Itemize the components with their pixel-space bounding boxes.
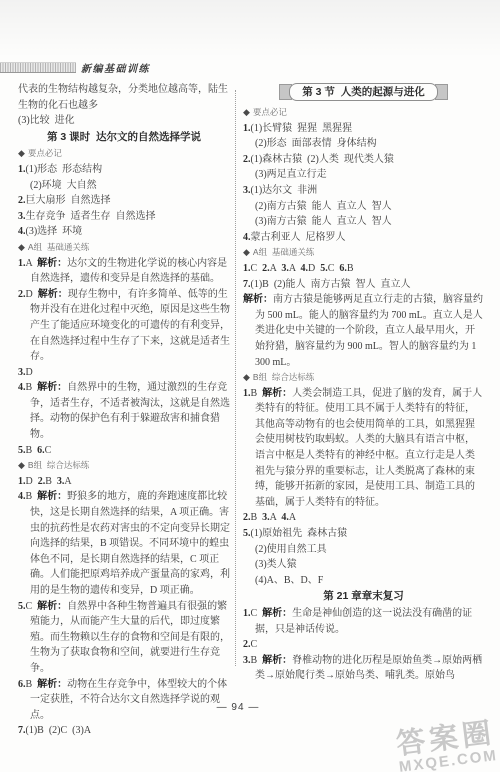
- text-segment: 蒙古利亚人 尼格罗人: [251, 232, 346, 243]
- text-segment: (1)形态 形态结构: [26, 164, 103, 175]
- text-segment: A: [64, 476, 71, 487]
- answer-line: (2)形态 面部表情 身体结构: [243, 136, 484, 152]
- text-segment: (3)两足直立行走: [255, 169, 327, 180]
- item-number: 5.: [18, 445, 26, 456]
- answer-line: 7.(1)B (2)C (3)A: [18, 723, 230, 739]
- text-segment: B: [45, 476, 57, 487]
- answer-line: 1.D 2.B 3.A: [18, 474, 230, 490]
- answer-line: 4.B 解析：自然界中的生物，通过激烈的生存竞争，适者生存，不适者被淘汰，这就是…: [18, 380, 230, 442]
- page-header: 新编基础训练: [0, 60, 150, 75]
- text-segment: (1)B (2)C (3)A: [26, 725, 92, 736]
- text-segment: (2)使用自然工具: [255, 544, 327, 555]
- chapter-review-heading: 第 21 章章末复习: [243, 589, 484, 605]
- item-number: 3.: [281, 263, 289, 274]
- text-segment: A: [26, 258, 38, 269]
- text-segment: C: [251, 639, 258, 650]
- answer-line: 2.(1)森林古猿 (2)人类 现代类人猿: [243, 152, 484, 168]
- right-column: 第 3 节 人类的起源与进化◆要点必记1.(1)长臂猿 猩猩 黑猩猩(2)形态 …: [243, 82, 484, 739]
- item-number: 3.: [262, 512, 270, 523]
- item-number: 5.: [18, 601, 26, 612]
- answer-line: 5.(1)原始祖先 森林古猿: [243, 526, 484, 542]
- item-number: 2.: [18, 195, 26, 206]
- item-number: 6.: [339, 263, 347, 274]
- text-segment: B组 综合达标练: [253, 372, 314, 382]
- text-segment: (1)B (2)能人 南方古猿 智人 直立人: [251, 279, 411, 290]
- text-segment: D: [26, 476, 38, 487]
- lesson-heading: 第 3 课时 达尔文的自然选择学说: [18, 130, 230, 146]
- item-number: 2.: [243, 512, 251, 523]
- continued-text: 代表的生物结构越复杂，分类地位越高等，陆生生物的化石也越多: [18, 82, 230, 113]
- diamond-icon: ◆: [18, 242, 25, 252]
- analysis-label: 解析：: [37, 258, 67, 269]
- item-number: 2.: [262, 263, 270, 274]
- item-number: 4.: [18, 226, 26, 237]
- text-segment: 巨大扇形 自然选择: [26, 195, 111, 206]
- text-segment: B: [251, 388, 263, 399]
- item-number: 1.: [243, 608, 251, 619]
- text-segment: B: [26, 679, 38, 690]
- diamond-icon: ◆: [243, 372, 250, 382]
- answer-line: 1.C 解析：生命是神仙创造的这一说法没有确凿的证据，只是神话传说。: [243, 606, 484, 637]
- answer-line: (3)南方古猿 能人 直立人 智人: [243, 214, 484, 230]
- text-segment: 第 3 课时 达尔文的自然选择学说: [47, 131, 201, 143]
- text-segment: (2)南方古猿 能人 直立人 智人: [255, 201, 392, 212]
- answer-line: 2.巨大扇形 自然选择: [18, 193, 230, 209]
- text-segment: A组 基础通关练: [253, 247, 314, 257]
- answer-line: (3)两足直立行走: [243, 167, 484, 183]
- analysis-label: 解析：: [37, 601, 67, 612]
- answer-line: 1.(1)长臂猿 猩猩 黑猩猩: [243, 121, 484, 137]
- section-marker: ◆B组 综合达标练: [18, 458, 230, 474]
- text-segment: 要点必记: [28, 148, 62, 158]
- analysis-label: 解析：: [243, 294, 273, 305]
- answer-line: 1.B 解析：人类会制造工具，促进了脑的发育，属于人类特有的特征。使用工具不属于…: [243, 386, 484, 511]
- answer-line: 5.B 6.C: [18, 443, 230, 459]
- text-segment: 野狼多的地方，鹿的奔跑速度都比较快，这是长期自然选择的结果，A 项正确。害虫的抗…: [30, 491, 230, 596]
- item-number: 7.: [243, 279, 251, 290]
- text-segment: (1)达尔文 非洲: [251, 185, 318, 196]
- text-segment: (3)类人猿: [255, 559, 297, 570]
- text-segment: B: [26, 445, 38, 456]
- answer-line: 4.B 解析：野狼多的地方，鹿的奔跑速度都比较快，这是长期自然选择的结果，A 项…: [18, 489, 230, 598]
- item-number: 1.: [18, 164, 26, 175]
- item-number: 2.: [18, 289, 26, 300]
- answer-line: (3)比较 进化: [18, 113, 230, 129]
- text-segment: 南方古猿是能够两足直立行走的古猿，脑容量约为 500 mL。能人的脑容量约为 7…: [255, 294, 483, 367]
- text-segment: B组 综合达标练: [28, 460, 89, 470]
- item-number: 2.: [243, 639, 251, 650]
- text-segment: 第 21 章章末复习: [323, 590, 404, 602]
- answer-line: 1.A 解析：达尔文的生物进化学说的核心内容是自然选择，遗传和变异是自然选择的基…: [18, 256, 230, 287]
- item-number: 4.: [281, 512, 289, 523]
- item-number: 5.: [320, 263, 328, 274]
- scan-shading: [0, 0, 500, 58]
- diamond-icon: ◆: [243, 107, 250, 117]
- text-segment: C: [251, 608, 263, 619]
- answer-line: 6.B 解析：动物在生存竞争中，体型较大的个体一定获胜，不符合达尔文自然选择学说…: [18, 677, 230, 724]
- answer-line: (2)南方古猿 能人 直立人 智人: [243, 199, 484, 215]
- answer-line: 2.C: [243, 637, 484, 653]
- text-segment: 要点必记: [253, 107, 287, 117]
- diamond-icon: ◆: [243, 247, 250, 257]
- text-segment: (2)环境 大自然: [30, 180, 97, 191]
- text-segment: (2)形态 面部表情 身体结构: [255, 138, 377, 149]
- item-number: 3.: [243, 185, 251, 196]
- analysis-label: 解析：: [262, 655, 292, 666]
- text-segment: D: [26, 289, 38, 300]
- answer-line: 3.(1)达尔文 非洲: [243, 183, 484, 199]
- answer-line: 4.蒙古利亚人 尼格罗人: [243, 230, 484, 246]
- item-number: 2.: [243, 154, 251, 165]
- analysis-label: 解析：: [262, 388, 292, 399]
- text-segment: C: [26, 601, 38, 612]
- item-number: 6.: [37, 445, 45, 456]
- text-segment: D: [308, 263, 320, 274]
- text-segment: A: [270, 263, 282, 274]
- text-segment: C: [45, 445, 52, 456]
- section-marker: ◆B组 综合达标练: [243, 370, 484, 386]
- answer-line: (2)环境 大自然: [18, 178, 230, 194]
- item-number: 3.: [18, 211, 26, 222]
- text-segment: (3)比较 进化: [18, 115, 75, 126]
- item-number: 4.: [18, 382, 26, 393]
- item-number: 1.: [18, 476, 26, 487]
- header-stripe-bar: [0, 62, 76, 73]
- section-marker: ◆要点必记: [243, 105, 484, 121]
- text-segment: A: [289, 263, 301, 274]
- answer-line: 4.(3)选择 环境: [18, 224, 230, 240]
- item-number: 4.: [243, 232, 251, 243]
- section-title: 第 3 节 人类的起源与进化: [289, 83, 438, 101]
- item-number: 3.: [18, 367, 26, 378]
- text-segment: C: [251, 263, 263, 274]
- answer-line: 3.D: [18, 365, 230, 381]
- answer-line: 1.C 2.A 3.A 4.D 5.C 6.B: [243, 261, 484, 277]
- text-segment: A: [270, 512, 282, 523]
- answer-line: 7.(1)B (2)能人 南方古猿 智人 直立人: [243, 277, 484, 293]
- text-segment: (1)长臂猿 猩猩 黑猩猩: [251, 123, 353, 134]
- diamond-icon: ◆: [18, 460, 25, 470]
- section-marker: ◆A组 基础通关练: [243, 245, 484, 261]
- text-segment: (4)A、B、D、F: [255, 575, 323, 586]
- item-number: 1.: [243, 263, 251, 274]
- item-number: 1.: [243, 388, 251, 399]
- answer-line: 解析：南方古猿是能够两足直立行走的古猿，脑容量约为 500 mL。能人的脑容量约…: [243, 292, 484, 370]
- text-segment: (3)选择 环境: [26, 226, 83, 237]
- item-number: 3.: [243, 655, 251, 666]
- brand-title: 新编基础训练: [81, 60, 150, 75]
- analysis-label: 解析：: [262, 608, 292, 619]
- answer-line: 3.生存竞争 适者生存 自然选择: [18, 209, 230, 225]
- answer-line: 1.(1)形态 形态结构: [18, 162, 230, 178]
- section-box-heading: 第 3 节 人类的起源与进化: [243, 83, 484, 101]
- diamond-icon: ◆: [18, 148, 25, 158]
- answer-line: 3.B 解析：脊椎动物的进化历程是原始鱼类→原始两栖类→原始爬行类→原始鸟类、哺…: [243, 653, 484, 684]
- analysis-label: 解析：: [37, 491, 67, 502]
- text-segment: 生存竞争 适者生存 自然选择: [26, 211, 156, 222]
- text-segment: (3)南方古猿 能人 直立人 智人: [255, 216, 392, 227]
- answer-line: 2.D 解析：现存生物中，有许多简单、低等的生物并没有在进化过程中灭绝，原因是这…: [18, 287, 230, 365]
- page-number: — 94 —: [0, 702, 476, 713]
- item-number: 4.: [18, 491, 26, 502]
- text-segment: B: [251, 512, 263, 523]
- text-segment: B: [26, 491, 38, 502]
- answer-line: 2.B 3.A 4.A: [243, 510, 484, 526]
- text-segment: (1)原始祖先 森林古猿: [251, 528, 348, 539]
- text-segment: (1)森林古猿 (2)人类 现代类人猿: [251, 154, 394, 165]
- section-marker: ◆A组 基础通关练: [18, 240, 230, 256]
- item-number: 1.: [243, 123, 251, 134]
- text-segment: 人类会制造工具，促进了脑的发育，属于人类特有的特征。使用工具不属于人类特有的特征…: [255, 388, 482, 508]
- item-number: 7.: [18, 725, 26, 736]
- answers-content: 代表的生物结构越复杂，分类地位越高等，陆生生物的化石也越多(3)比较 进化第 3…: [18, 82, 484, 739]
- answer-line: (3)类人猿: [243, 557, 484, 573]
- text-segment: A组 基础通关练: [28, 242, 89, 252]
- item-number: 4.: [301, 263, 309, 274]
- answer-line: (2)使用自然工具: [243, 542, 484, 558]
- analysis-label: 解析：: [37, 679, 67, 690]
- text-segment: D: [26, 367, 33, 378]
- answer-line: (4)A、B、D、F: [243, 573, 484, 589]
- text-segment: B: [347, 263, 354, 274]
- text-segment: 代表的生物结构越复杂，分类地位越高等，陆生生物的化石也越多: [18, 84, 228, 111]
- text-segment: A: [289, 512, 296, 523]
- text-segment: B: [251, 655, 263, 666]
- item-number: 6.: [18, 679, 26, 690]
- item-number: 1.: [18, 258, 26, 269]
- text-segment: C: [328, 263, 340, 274]
- answer-line: 5.C 解析：自然界中各种生物普遍具有很强的繁殖能力，从而能产生大量的后代，即过…: [18, 599, 230, 677]
- left-column: 代表的生物结构越复杂，分类地位越高等，陆生生物的化石也越多(3)比较 进化第 3…: [18, 82, 230, 739]
- analysis-label: 解析：: [38, 289, 68, 300]
- section-marker: ◆要点必记: [18, 146, 230, 162]
- text-segment: B: [26, 382, 38, 393]
- analysis-label: 解析：: [37, 382, 67, 393]
- item-number: 5.: [243, 528, 251, 539]
